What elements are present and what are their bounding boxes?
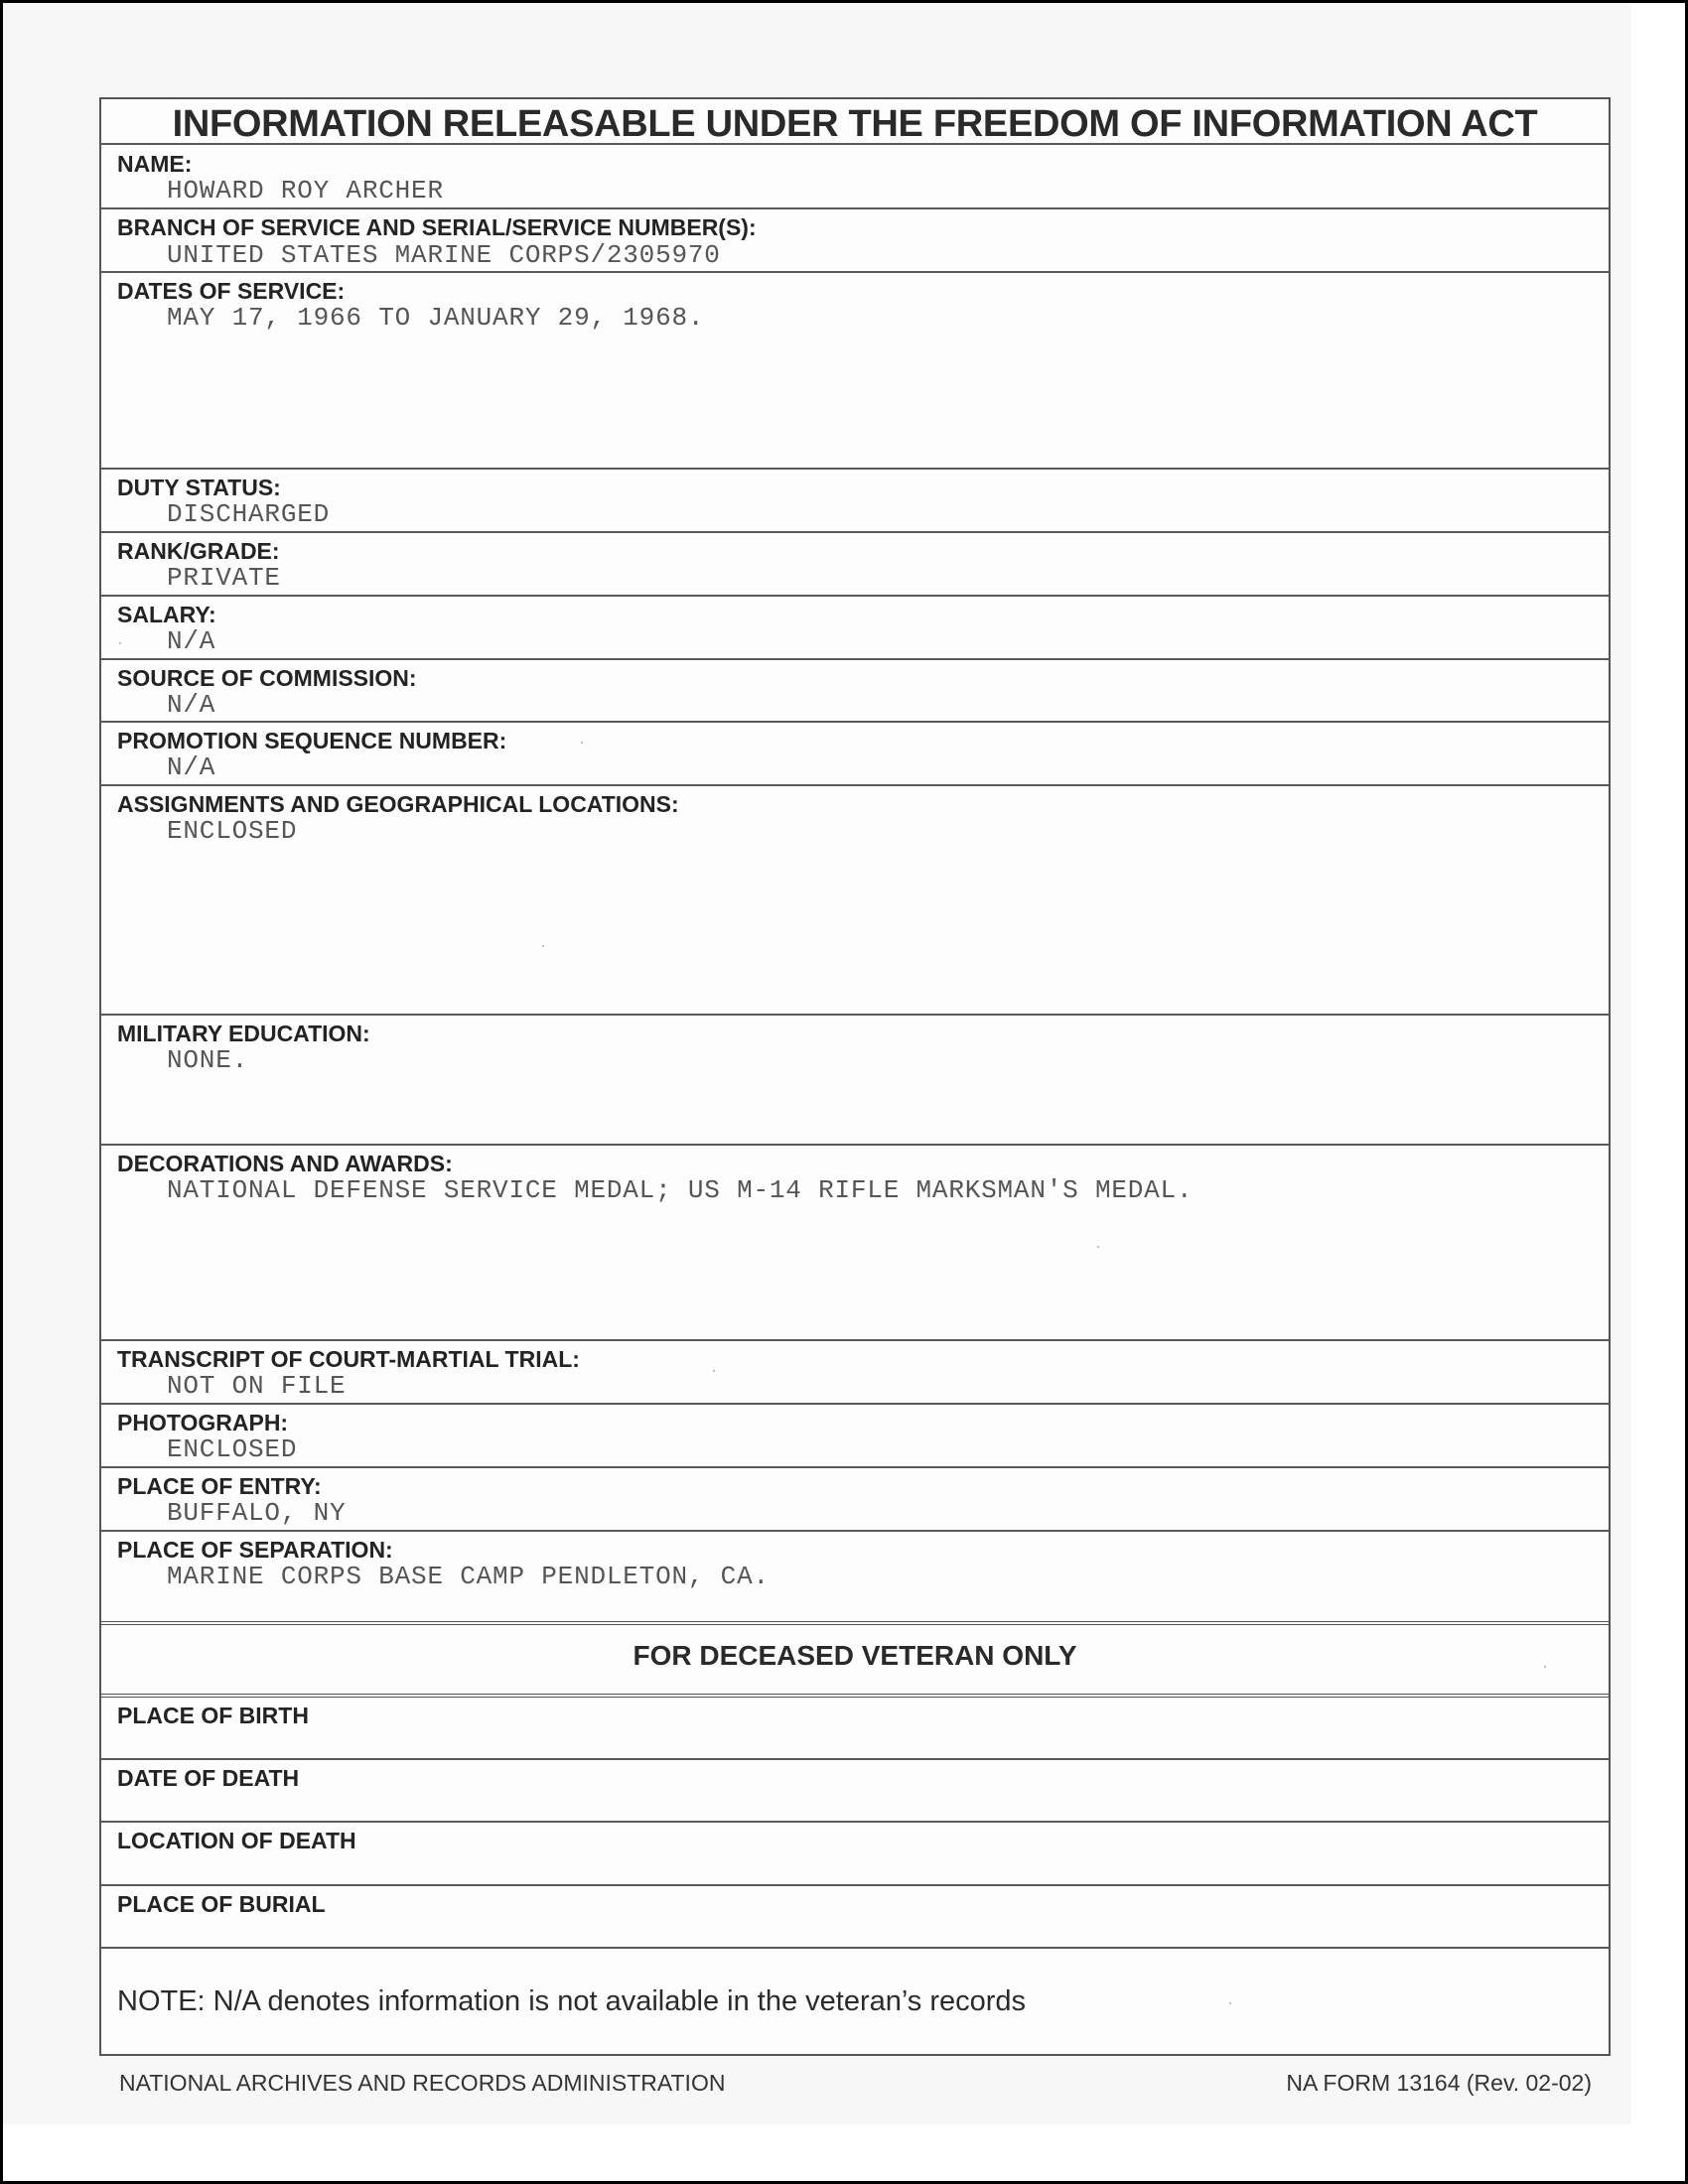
divider <box>101 1339 1609 1341</box>
field-label-promotion-sequence: PROMOTION SEQUENCE NUMBER: <box>117 728 506 753</box>
form-title: INFORMATION RELEASABLE UNDER THE FREEDOM… <box>101 99 1609 145</box>
divider <box>101 207 1609 209</box>
footer-agency: NATIONAL ARCHIVES AND RECORDS ADMINISTRA… <box>119 2070 725 2096</box>
field-value-court-martial-transcript: NOT ON FILE <box>167 1372 346 1400</box>
foia-release-form: INFORMATION RELEASABLE UNDER THE FREEDOM… <box>99 97 1611 2056</box>
divider <box>101 468 1609 470</box>
field-label-place-of-burial: PLACE OF BURIAL <box>117 1891 326 1917</box>
divider <box>101 1144 1609 1146</box>
divider <box>101 1821 1609 1823</box>
divider <box>101 784 1609 786</box>
field-label-photograph: PHOTOGRAPH: <box>117 1410 288 1435</box>
divider <box>101 658 1609 660</box>
field-label-decorations-awards: DECORATIONS AND AWARDS: <box>117 1151 453 1176</box>
field-label-rank-grade: RANK/GRADE: <box>117 538 280 564</box>
scan-speck <box>119 642 121 644</box>
field-label-salary: SALARY: <box>117 602 216 627</box>
field-label-branch-serial: BRANCH OF SERVICE AND SERIAL/SERVICE NUM… <box>117 214 757 240</box>
scan-speck <box>1544 1666 1546 1668</box>
field-label-location-of-death: LOCATION OF DEATH <box>117 1828 356 1853</box>
divider <box>101 595 1609 597</box>
field-value-assignments: ENCLOSED <box>167 817 297 845</box>
divider <box>101 531 1609 533</box>
field-value-promotion-sequence: N/A <box>167 753 215 781</box>
na-note: NOTE: N/A denotes information is not ava… <box>117 1985 1026 2017</box>
section-divider <box>101 1694 1609 1698</box>
divider <box>101 271 1609 273</box>
field-label-military-education: MILITARY EDUCATION: <box>117 1021 370 1046</box>
divider <box>101 1884 1609 1886</box>
field-value-place-of-separation: MARINE CORPS BASE CAMP PENDLETON, CA. <box>167 1563 770 1590</box>
divider <box>101 1530 1609 1532</box>
field-label-dates-of-service: DATES OF SERVICE: <box>117 278 345 304</box>
scan-speck <box>542 945 544 947</box>
scan-speck <box>713 1370 715 1372</box>
field-value-place-of-entry: BUFFALO, NY <box>167 1499 346 1527</box>
divider <box>101 1014 1609 1016</box>
field-label-name: NAME: <box>117 151 192 177</box>
divider <box>101 143 1609 145</box>
field-value-salary: N/A <box>167 627 215 655</box>
field-value-rank-grade: PRIVATE <box>167 564 281 592</box>
field-label-place-of-entry: PLACE OF ENTRY: <box>117 1473 322 1499</box>
divider <box>101 721 1609 723</box>
field-value-photograph: ENCLOSED <box>167 1435 297 1463</box>
footer-form-number: NA FORM 13164 (Rev. 02-02) <box>1286 2070 1592 2096</box>
scan-speck <box>1229 2002 1231 2004</box>
field-label-date-of-death: DATE OF DEATH <box>117 1765 299 1791</box>
field-label-duty-status: DUTY STATUS: <box>117 475 281 500</box>
scan-speck <box>1097 1246 1099 1248</box>
field-value-decorations-awards: NATIONAL DEFENSE SERVICE MEDAL; US M-14 … <box>167 1176 1193 1204</box>
field-value-branch-serial: UNITED STATES MARINE CORPS/2305970 <box>167 241 721 269</box>
field-label-place-of-separation: PLACE OF SEPARATION: <box>117 1537 393 1563</box>
section-divider <box>101 1621 1609 1625</box>
scan-speck <box>581 742 583 744</box>
field-value-duty-status: DISCHARGED <box>167 500 330 528</box>
field-label-court-martial-transcript: TRANSCRIPT OF COURT-MARTIAL TRIAL: <box>117 1346 580 1372</box>
field-value-military-education: NONE. <box>167 1046 248 1074</box>
field-label-assignments: ASSIGNMENTS AND GEOGRAPHICAL LOCATIONS: <box>117 791 679 817</box>
deceased-section-heading: FOR DECEASED VETERAN ONLY <box>101 1640 1609 1672</box>
field-value-source-of-commission: N/A <box>167 691 215 719</box>
field-label-place-of-birth: PLACE OF BIRTH <box>117 1703 309 1728</box>
field-value-name: HOWARD ROY ARCHER <box>167 177 444 205</box>
field-value-dates-of-service: MAY 17, 1966 TO JANUARY 29, 1968. <box>167 304 704 332</box>
field-label-source-of-commission: SOURCE OF COMMISSION: <box>117 665 417 691</box>
divider <box>101 1947 1609 1949</box>
divider <box>101 1403 1609 1405</box>
divider <box>101 1758 1609 1760</box>
divider <box>101 1466 1609 1468</box>
